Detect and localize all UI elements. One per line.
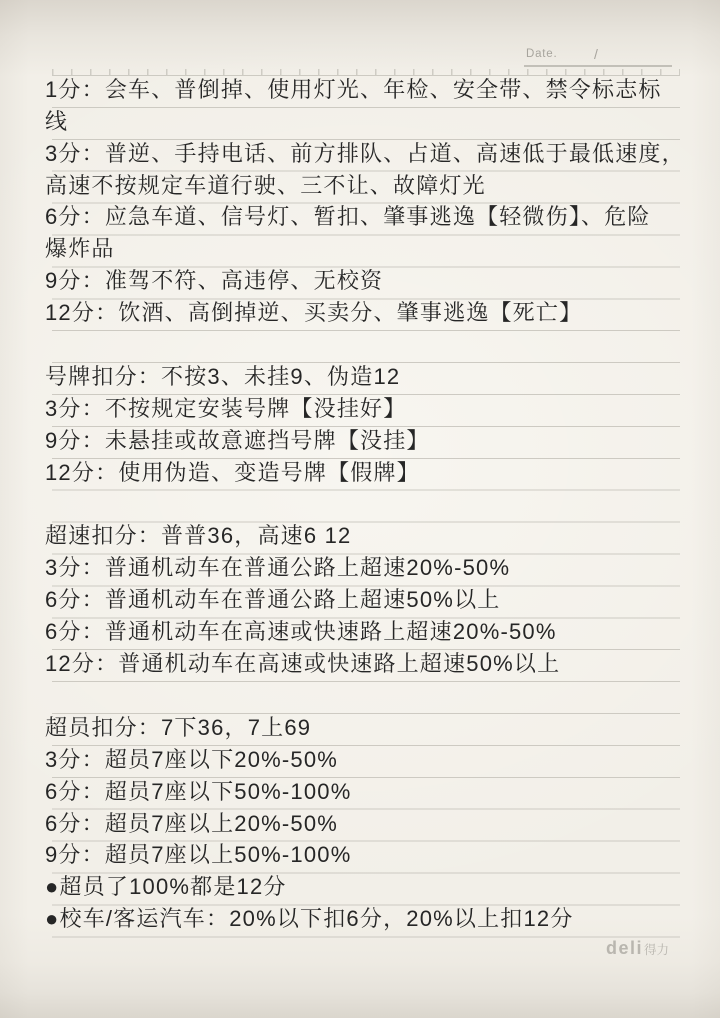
- note-line: 12分：饮酒、高倒掉逆、买卖分、肇事逃逸【死亡】: [45, 298, 705, 330]
- note-line: 6分：超员7座以下50%-100%: [45, 777, 705, 809]
- note-line: ●校车/客运汽车：20%以下扣6分，20%以上扣12分: [45, 904, 705, 936]
- note-line: 6分：应急车道、信号灯、暂扣、肇事逃逸【轻微伤】、危险: [45, 203, 705, 235]
- note-line: 超员扣分：7下36，7上69: [45, 713, 705, 745]
- notebook-page: Date. / 1分：会车、普倒掉、使用灯光、年检、安全带、禁令标志标线3分：普…: [0, 0, 720, 1018]
- note-line: 6分：普通机动车在普通公路上超速50%以上: [45, 585, 705, 617]
- note-line: 3分：不按规定安装号牌【没挂好】: [45, 394, 705, 426]
- note-line: 高速不按规定车道行驶、三不让、故障灯光: [45, 171, 705, 203]
- brand-logo: deli 得力: [606, 938, 669, 959]
- note-line: 1分：会车、普倒掉、使用灯光、年检、安全带、禁令标志标: [45, 75, 705, 107]
- note-line: 号牌扣分：不按3、未挂9、伪造12: [45, 362, 705, 394]
- note-line: 超速扣分：普普36，高速6 12: [45, 522, 705, 554]
- deli-chinese-wordmark: 得力: [644, 940, 669, 958]
- note-line: 线: [45, 107, 705, 139]
- note-line: ●超员了100%都是12分: [45, 873, 705, 905]
- date-separator: /: [594, 46, 598, 62]
- date-label: Date.: [526, 48, 558, 60]
- note-line: 9分：超员7座以上50%-100%: [45, 841, 705, 873]
- note-line: 6分：超员7座以上20%-50%: [45, 809, 705, 841]
- note-line: 爆炸品: [45, 235, 705, 267]
- note-line: 9分：未悬挂或故意遮挡号牌【没挂】: [45, 426, 705, 458]
- note-line: 12分：使用伪造、变造号牌【假牌】: [45, 458, 705, 490]
- deli-wordmark: deli: [606, 938, 643, 959]
- note-line: 3分：普通机动车在普通公路上超速20%-50%: [45, 554, 705, 586]
- date-underline: [524, 65, 672, 67]
- date-header: Date. /: [524, 46, 674, 68]
- note-line: 3分：普逆、手持电话、前方排队、占道、高速低于最低速度，: [45, 139, 705, 171]
- note-line: 12分：普通机动车在高速或快速路上超速50%以上: [45, 649, 705, 681]
- note-line: 6分：普通机动车在高速或快速路上超速20%-50%: [45, 617, 705, 649]
- note-line: 9分：准驾不符、高违停、无校资: [45, 266, 705, 298]
- note-line: 3分：超员7座以下20%-50%: [45, 745, 705, 777]
